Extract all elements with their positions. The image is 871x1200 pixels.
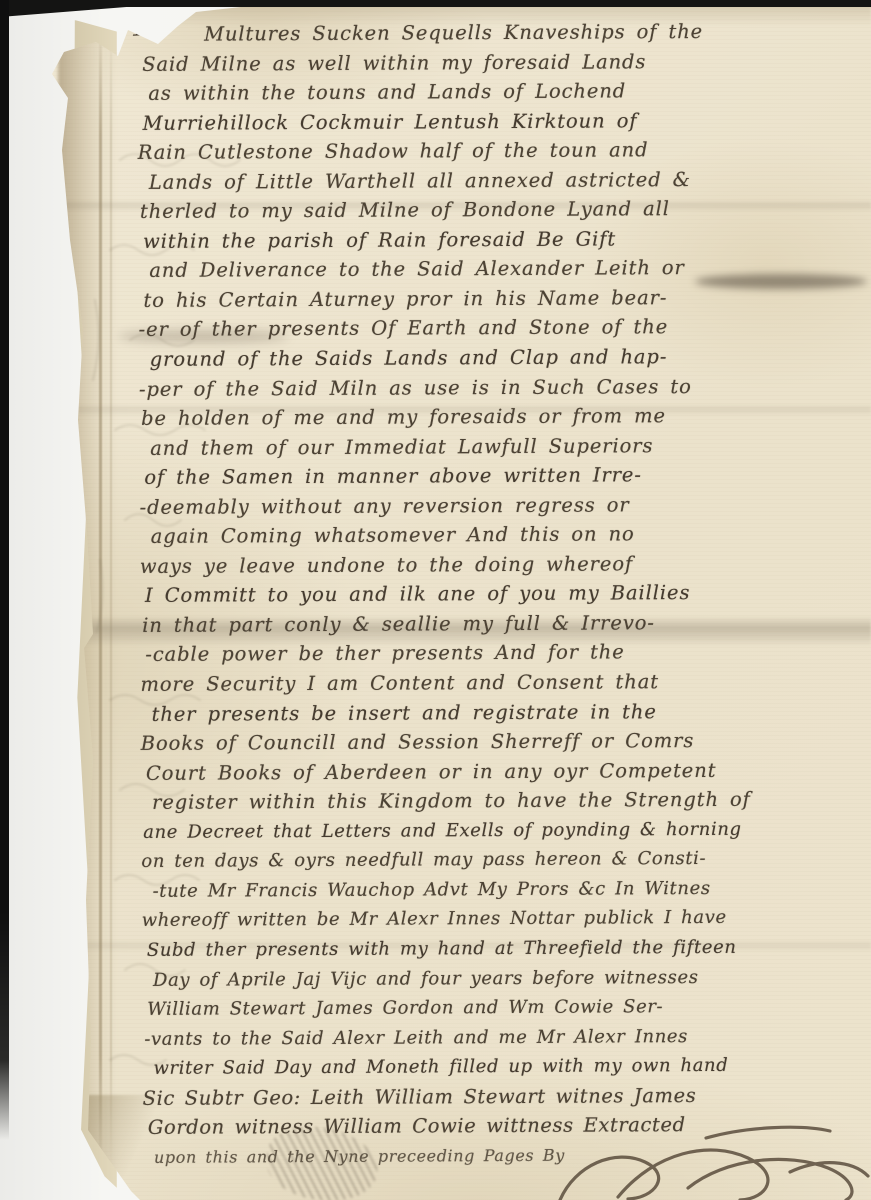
vertical-fold-crease	[99, 20, 102, 1170]
manuscript-line: -per of the Said Miln as use is in Such …	[139, 371, 867, 404]
manuscript-line: in that part conly & seallie my full & I…	[142, 607, 868, 640]
manuscript-line: on ten days & oyrs needfull may pass her…	[141, 843, 869, 876]
manuscript-line: as within the touns and Lands of Lochend	[148, 75, 865, 108]
manuscript-line: and Deliverance to the Said Alexander Le…	[149, 252, 866, 285]
manuscript-line: William Stewart James Gordon and Wm Cowi…	[147, 991, 870, 1024]
manuscript-line: -deemably without any reversion regress …	[139, 489, 867, 522]
manuscript-line: Rain Cutlestone Shadow half of the toun …	[138, 134, 866, 167]
document-scan: 19/ Multures Sucken Sequells Knaveships …	[0, 0, 871, 1200]
manuscript-line: be holden of me and my foresaids or from…	[141, 400, 867, 433]
manuscript-line: more Security I am Content and Consent t…	[140, 666, 868, 699]
vertical-fold-crease	[110, 20, 112, 1170]
manuscript-line: Lands of Little Warthell all annexed ast…	[149, 164, 866, 197]
manuscript-line: ane Decreet that Letters and Exells of p…	[143, 814, 869, 847]
manuscript-line: therled to my said Milne of Bondone Lyan…	[140, 193, 866, 226]
manuscript-line: -tute Mr Francis Wauchop Advt My Prors &…	[152, 873, 869, 906]
manuscript-line: Said Milne as well within my foresaid La…	[142, 46, 865, 79]
manuscript-line: -cable power be ther presents And for th…	[145, 637, 868, 670]
manuscript-line: Multures Sucken Sequells Knaveships of t…	[137, 16, 865, 49]
manuscript-line: I Committ to you and ilk ane of you my B…	[145, 577, 868, 610]
scanner-edge-left	[0, 0, 9, 1140]
manuscript-line: ways ye leave undone to the doing whereo…	[140, 548, 868, 581]
manuscript-line: ground of the Saids Lands and Clap and h…	[150, 341, 867, 374]
manuscript-line: and them of our Immediat Lawfull Superio…	[150, 430, 867, 463]
manuscript-line: Books of Councill and Session Sherreff o…	[141, 725, 869, 758]
manuscript-line: Gordon witness William Cowie wittness Ex…	[148, 1109, 871, 1142]
manuscript-line: upon this and the Nyne preceeding Pages …	[154, 1139, 871, 1172]
manuscript-line: writer Said Day and Moneth filled up wit…	[153, 1050, 870, 1083]
manuscript-text: Multures Sucken Sequells Knaveships of t…	[137, 16, 871, 1172]
manuscript-line: whereoff written be Mr Alexr Innes Notta…	[142, 902, 870, 935]
manuscript-line: Murriehillock Cockmuir Lentush Kirktoun …	[142, 105, 865, 138]
manuscript-line: to his Certain Aturney pror in his Name …	[143, 282, 866, 315]
manuscript-line: -vants to the Said Alexr Leith and me Mr…	[144, 1021, 870, 1054]
manuscript-line: register within this Kingdom to have the…	[152, 784, 869, 817]
paper-sheet: 19/ Multures Sucken Sequells Knaveships …	[0, 0, 871, 1200]
manuscript-line: within the parish of Rain foresaid Be Gi…	[143, 223, 866, 256]
manuscript-line: of the Samen in manner above written Irr…	[144, 459, 867, 492]
manuscript-line: -er of ther presents Of Earth and Stone …	[139, 312, 867, 345]
manuscript-line: Day of Aprile Jaj Vijc and four years be…	[153, 962, 870, 995]
manuscript-line: Sic Subtr Geo: Leith William Stewart wit…	[143, 1080, 871, 1113]
manuscript-line: again Coming whatsomever And this on no	[151, 518, 868, 551]
manuscript-line: ther presents be insert and registrate i…	[152, 696, 869, 729]
manuscript-line: Court Books of Aberdeen or in any oyr Co…	[146, 755, 869, 788]
manuscript-line: Subd ther presents with my hand at Three…	[147, 932, 870, 965]
